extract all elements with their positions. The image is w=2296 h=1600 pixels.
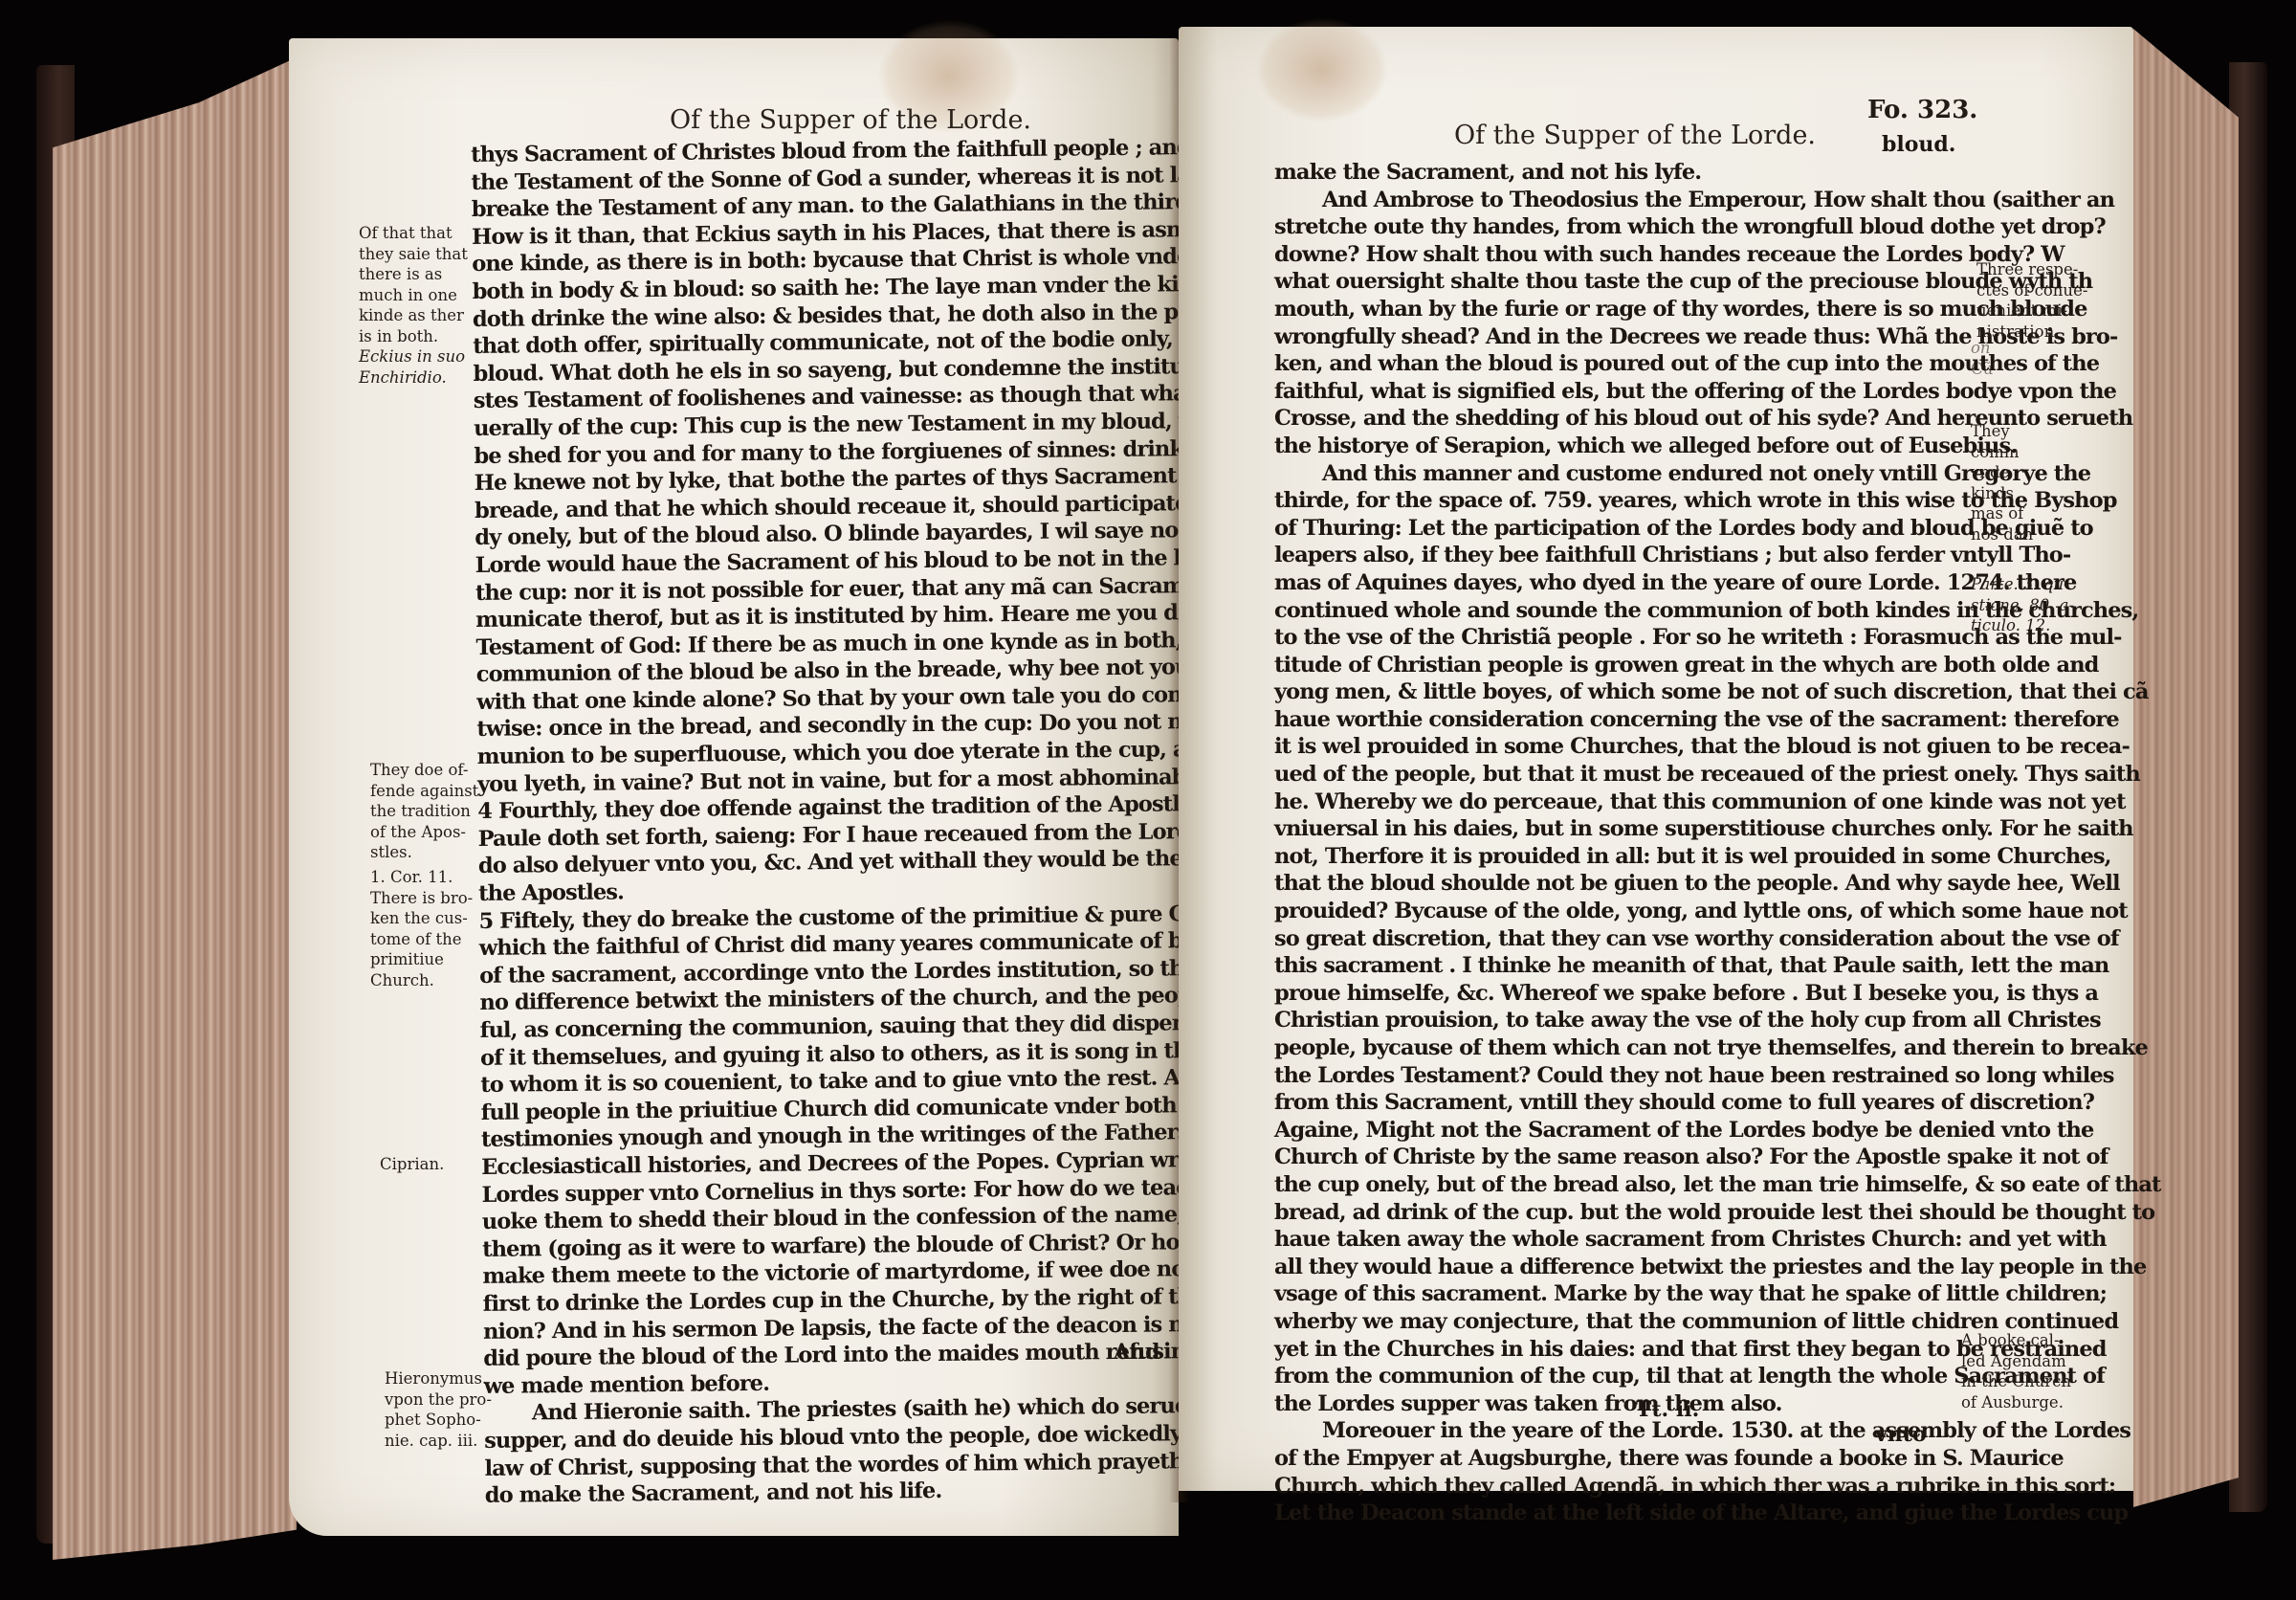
margin-note: They doe of- fende against the tradition… (370, 760, 478, 863)
left-page: Of the Supper of the Lorde. Of that that… (289, 38, 1179, 1536)
margin-note: A booke cal- led Agendam in the Church o… (1961, 1330, 2071, 1412)
page-edges-left (53, 57, 297, 1560)
right-page: Of the Supper of the Lorde. Fo. 323. blo… (1179, 27, 2133, 1491)
margin-note: They comm vnde kinds mas of nos dan (1971, 421, 2033, 544)
carryover-word: bloud. (1882, 132, 1955, 157)
running-head: Of the Supper of the Lorde. (1454, 121, 1816, 150)
folio-number: Fo. 323. (1867, 96, 1977, 124)
margin-note: Ciprian. (380, 1154, 444, 1175)
margin-note: on Cũ (1971, 338, 1993, 379)
margin-note: Hieronymus. vpon the pro- phet Sopho- ni… (385, 1368, 492, 1451)
catchword: vnto (1875, 1422, 1927, 1447)
margin-note: Three respe- ctes of conue- uenient mi- … (1976, 259, 2087, 342)
running-head: Of the Supper of the Lorde. (670, 105, 1031, 135)
signature-mark: Tt. ii. (1636, 1397, 1699, 1422)
catchword: And (1114, 1340, 1159, 1365)
margin-note: Parte. 3. qu- stione. 80. a- ticulo. 12. (1971, 574, 2074, 636)
body-text-column: make the Sacrament, and not his lyfe. An… (1274, 159, 2161, 1527)
margin-note: Of that that they saie that there is as … (359, 223, 468, 388)
water-stain (1255, 17, 1389, 122)
margin-note: 1. Cor. 11. There is bro- ken the cus- t… (370, 867, 473, 990)
